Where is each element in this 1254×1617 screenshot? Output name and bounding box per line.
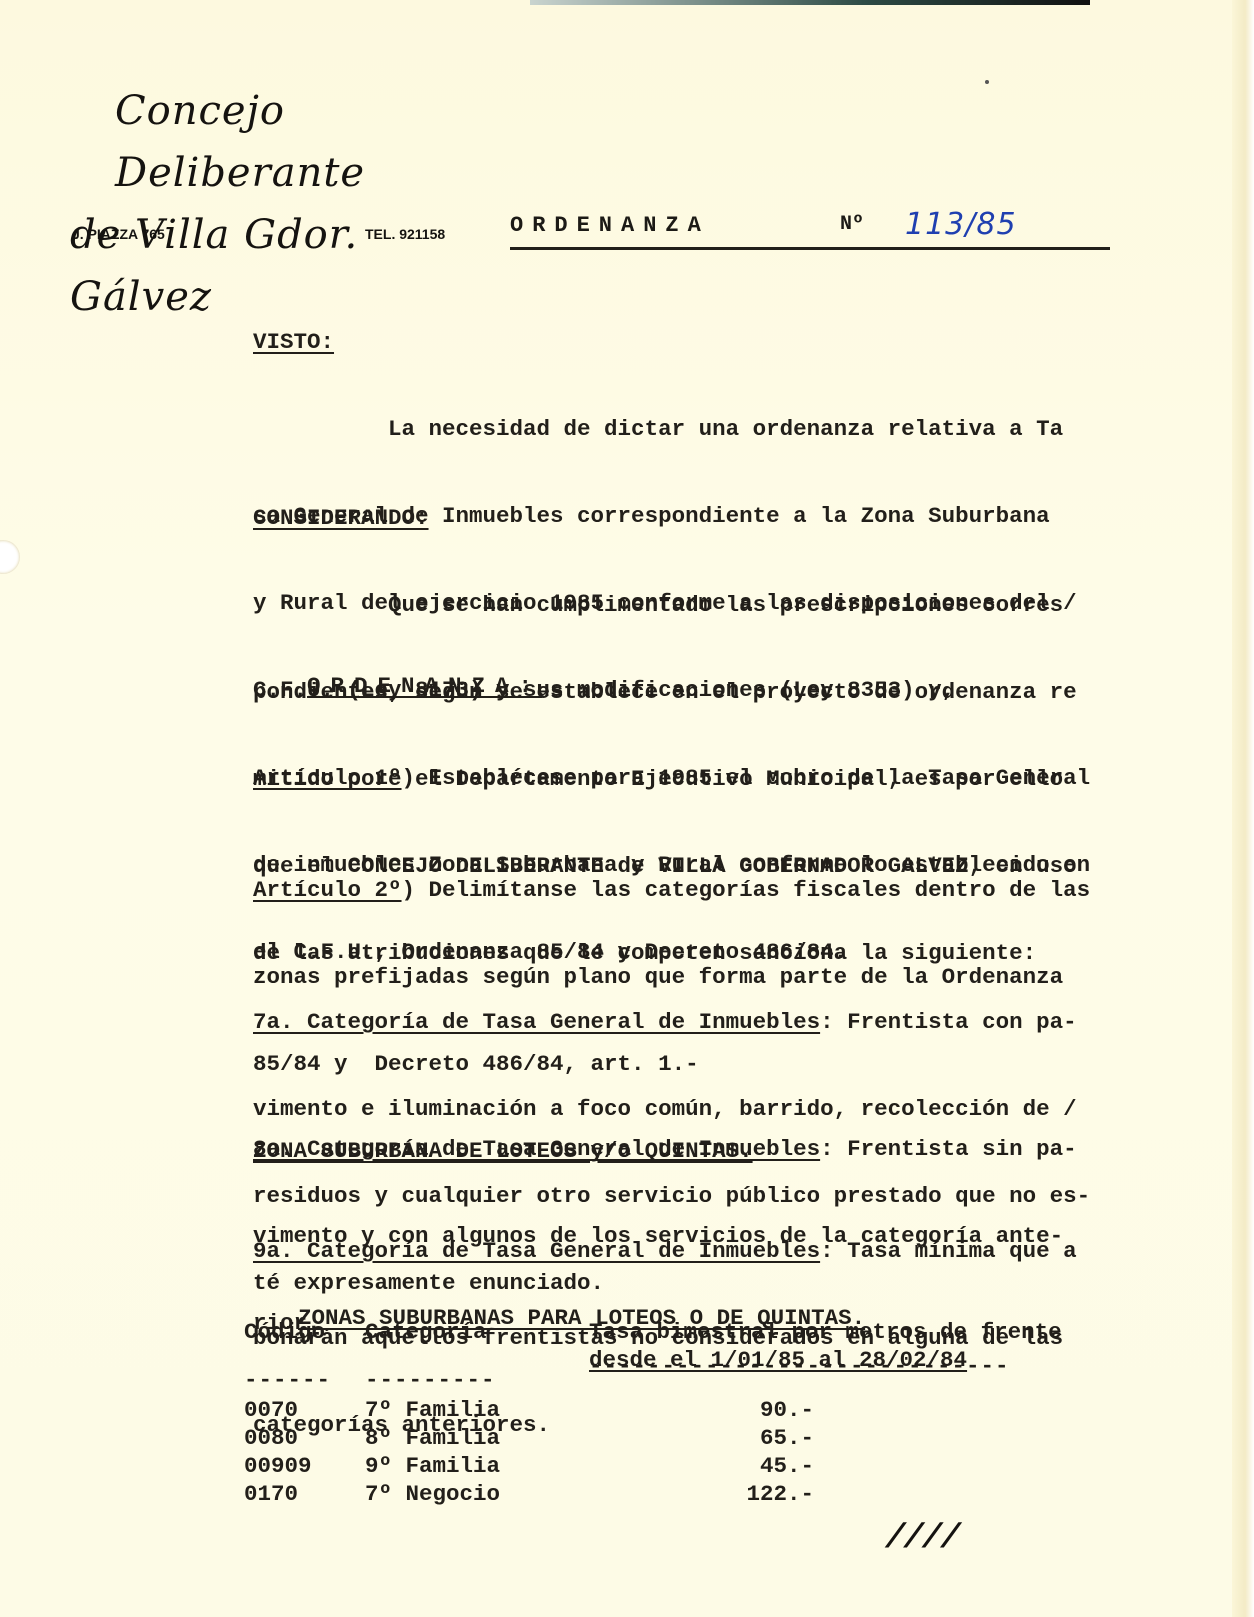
letterhead-phone: TEL. 921158: [365, 226, 445, 242]
category-7a-label: 7a. Categoría de Tasa General de Inmuebl…: [253, 1009, 820, 1035]
considerando-heading: CONSIDERANDO:: [253, 505, 429, 531]
letterhead-address: J. PIAZZA 765: [72, 226, 165, 242]
visto-line: La necesidad de dictar una ordenanza rel…: [253, 415, 1183, 444]
header-category: Categoría: [365, 1318, 487, 1346]
cell-code: 00909: [244, 1452, 312, 1480]
cell-rate: 45.-: [734, 1452, 814, 1480]
category-8a-label: 8a. Categoría de Tasa General de Inmuebl…: [253, 1136, 820, 1162]
ordinance-number-handwritten: 113/85: [905, 207, 1017, 242]
cell-rate: 65.-: [734, 1424, 814, 1452]
article-2-line: ) Delimítanse las categorías fiscales de…: [402, 877, 1091, 903]
table-header-rule: ------ --------- -----------------------…: [244, 1374, 1144, 1396]
category-9a-label: 9a. Categoría de Tasa General de Inmuebl…: [253, 1238, 820, 1264]
cell-rate: 122.-: [734, 1480, 814, 1508]
cell-category: 7º Familia: [365, 1396, 500, 1424]
cell-category: 7º Negocio: [365, 1480, 500, 1508]
category-9a-line: : Tasa mínima que a: [820, 1238, 1077, 1264]
scan-edge-strip: [530, 0, 1090, 5]
visto-heading: VISTO:: [253, 329, 334, 355]
ink-speck: [985, 80, 989, 84]
cell-category: 8º Familia: [365, 1424, 500, 1452]
category-8a-line: : Frentista sin pa-: [820, 1136, 1077, 1162]
cell-rate: 90.-: [734, 1396, 814, 1424]
header-code: Código: [244, 1318, 325, 1346]
ordinance-title-line: ORDENANZA Nº 113/85: [510, 213, 1110, 250]
considerando-line: Que se han cumplimentado las prescripcio…: [253, 591, 1183, 620]
table-row: 0170 7º Negocio 122.-: [244, 1480, 1144, 1508]
category-7a-line: : Frentista con pa-: [820, 1009, 1077, 1035]
cell-code: 0080: [244, 1424, 298, 1452]
article-1-line: ) Establécese para 1985 el cobro de la T…: [402, 765, 1091, 791]
continuation-mark: ////: [885, 1520, 959, 1558]
header-rate-line-1: Tasa bimestral por metros de frente: [589, 1318, 1119, 1346]
punch-hole: [0, 540, 20, 574]
dashes-code: ------: [244, 1366, 331, 1394]
table-row: 00909 9º Familia 45.-: [244, 1452, 1144, 1480]
article-1-label: Artículo 1º: [253, 765, 402, 791]
document-page: Concejo Deliberante de Villa Gdor. Gálve…: [0, 0, 1254, 1617]
ordenanza-section-heading: ORDENANZA:: [307, 673, 542, 699]
zones-table: Código Categoría Tasa bimestral por metr…: [244, 1318, 1144, 1508]
paper-edge: [1232, 0, 1254, 1617]
article-2-label: Artículo 2º: [253, 877, 402, 903]
table-row: 0080 8º Familia 65.-: [244, 1424, 1144, 1452]
letterhead-line-1: Concejo Deliberante: [115, 80, 490, 204]
table-row: 0070 7º Familia 90.-: [244, 1396, 1144, 1424]
ordinance-title: ORDENANZA: [510, 213, 710, 238]
cell-code: 0170: [244, 1480, 298, 1508]
ordinance-number-label: Nº: [840, 213, 864, 236]
cell-category: 9º Familia: [365, 1452, 500, 1480]
dashes-category: ---------: [365, 1366, 496, 1394]
cell-code: 0070: [244, 1396, 298, 1424]
dashes-rate: -----------------------------: [589, 1352, 1119, 1380]
